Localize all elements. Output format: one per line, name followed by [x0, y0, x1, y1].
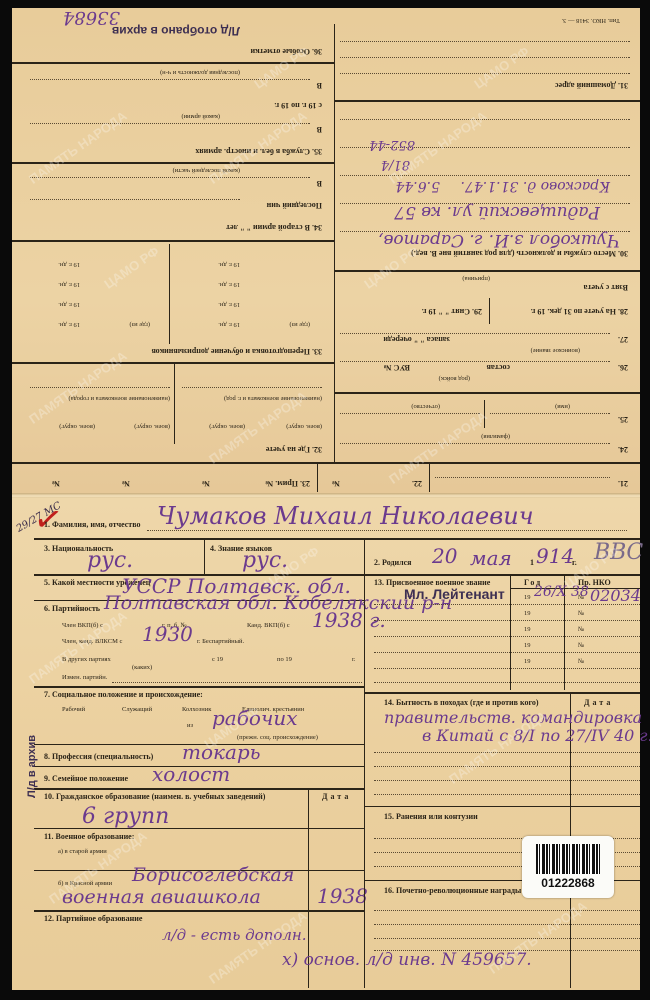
- field-29-sub: Взят с учета: [584, 283, 628, 292]
- rank-year-prefix: 19: [524, 594, 531, 601]
- inverted-form: 21. 22. № 23. Прим. № № № № 24. (фамилия…: [12, 8, 640, 494]
- field-23-label: 23. Прим. №: [265, 479, 310, 488]
- field-33-row: 19 г. дн.: [58, 261, 80, 268]
- field-26-caption: (род войск): [439, 375, 470, 382]
- print-code: Тип. НКО. 3418 — 3.: [562, 17, 620, 24]
- section-rule: [34, 686, 364, 688]
- rank-order-no: №: [578, 642, 584, 649]
- field-1-line: [147, 530, 627, 531]
- field-25-line: [340, 413, 480, 414]
- section-rule: [335, 100, 640, 102]
- birth-year-prefix: 1: [530, 558, 534, 567]
- rank-order-no: №: [578, 610, 584, 617]
- field-12-label: 12. Партийное образование: [44, 914, 142, 923]
- section-rule: [12, 62, 335, 64]
- field-3-value: рус.: [87, 548, 133, 573]
- vlksm-suffix: г. Беспартийный.: [197, 638, 244, 645]
- social-origin-from: из: [187, 722, 193, 729]
- field-27-text: запаса " " очереди: [383, 335, 450, 344]
- field-30-value: Чушкобол з.И. г. Саратов,: [378, 230, 620, 250]
- card-reverse-side: 21. 22. № 23. Прим. № № № № 24. (фамилия…: [12, 8, 640, 494]
- section-rule: [335, 392, 640, 394]
- other-parties-year: г.: [352, 656, 356, 663]
- field-28-label: 28. На учете по 31 дек. 19 г.: [531, 307, 628, 316]
- column-divider: [364, 574, 365, 988]
- field-33-row: 19 г. дн.: [218, 261, 240, 268]
- field-23-no: №: [122, 479, 130, 488]
- field-26-vus: ВУС №: [384, 363, 410, 372]
- section-rule: [12, 462, 640, 464]
- section-rule: [34, 538, 640, 540]
- field-31-line: [340, 57, 630, 58]
- field-14-value: в Китай с 8/I по 27/IV 40 г.: [422, 726, 650, 745]
- rank-year-prefix: 19: [524, 626, 531, 633]
- field-21-line: [435, 477, 610, 478]
- divider: [429, 464, 430, 492]
- field-10-value: 6 групп: [82, 804, 169, 829]
- field-30-line: [340, 175, 630, 176]
- field-31-line: [340, 73, 630, 74]
- social-option-worker: Рабочий: [62, 706, 85, 713]
- birth-note: ВВС: [594, 540, 643, 565]
- field-7-value: рабочих: [212, 706, 298, 730]
- field-30-value: 852-44: [369, 137, 415, 152]
- rank-row-line: [374, 682, 640, 683]
- field-35-caption: (какой армии): [181, 113, 220, 120]
- birth-year-suffix: г.: [572, 558, 577, 567]
- vlksm-value: 1930: [142, 622, 193, 646]
- rank-row-line: [374, 668, 640, 669]
- field-16-label: 16. Почетно-революционные награды: [384, 886, 521, 895]
- other-parties-to: по 19: [277, 656, 292, 663]
- field-34-rank: Последний чин: [267, 201, 322, 210]
- other-parties-label: В других партиях: [62, 656, 111, 663]
- social-option-kolkhoznik: Колхозник: [182, 706, 211, 713]
- section-rule: [34, 910, 364, 912]
- field-33-caption: (гдe из): [289, 321, 310, 328]
- field-30-value: 81/4: [381, 157, 410, 172]
- field-10-label: 10. Гражданское образование (наимен. в. …: [44, 792, 265, 801]
- field-35-label: 35. Служба в бел. и иностр. армиях: [195, 147, 322, 156]
- field-32-caption: (наименование военкомата и г. род): [224, 395, 322, 402]
- field-31-line: [340, 41, 630, 42]
- field-30-value: 5.6.44: [395, 178, 440, 194]
- party-changes-label: Измен. партийн.: [62, 674, 107, 681]
- field-16-line: [374, 950, 640, 951]
- field-24-caption: (фамилия): [481, 433, 510, 440]
- field-15-label: 15. Ранения или контузии: [384, 812, 478, 821]
- divider: [364, 538, 365, 574]
- rank-row-line: [374, 636, 640, 637]
- field-11-label: 11. Военное образование:: [44, 832, 134, 841]
- rank-order-no: №: [578, 594, 584, 601]
- birth-month: мая: [470, 546, 512, 570]
- archive-barcode-label: 01222868: [522, 836, 614, 898]
- section-rule: [12, 240, 335, 242]
- field-35-dates: с 19 г. по 19 г.: [274, 101, 322, 110]
- barcode-number: 01222868: [522, 876, 614, 890]
- birth-day: 20: [432, 544, 457, 568]
- rank-row-line: [374, 604, 640, 605]
- field-11b-date: 1938: [317, 884, 368, 908]
- field-6-value: Полтавская обл. Кобелякский р-н: [104, 592, 452, 614]
- field-35-caption: (последняя должность и ч-н): [160, 69, 240, 76]
- field-26-line: [340, 361, 610, 362]
- field-7-label: 7. Социальное положение и происхождение:: [44, 690, 203, 699]
- field-6-label: 6. Партийность: [44, 604, 100, 613]
- field-16-line: [374, 938, 640, 939]
- field-6-line: [112, 682, 362, 683]
- field-36-label: 36. Особые отметки: [250, 47, 322, 56]
- field-27-line: [340, 333, 610, 334]
- field-35-line: [30, 123, 310, 124]
- vkp-member-label: Член ВКП(б) с: [62, 622, 103, 629]
- field-34-line: [30, 177, 310, 178]
- field-25-line: [490, 413, 610, 414]
- field-32-caption: (воен. округ): [134, 423, 170, 430]
- divider: [204, 538, 205, 574]
- vkp-candidate-label: Канд. ВКП(б) с: [247, 622, 290, 629]
- field-32-label: 32. Где на учете: [266, 445, 322, 454]
- archive-stamp: Л/д отобрано в архив: [112, 24, 240, 38]
- field-8-value: токарь: [182, 740, 261, 764]
- field-1-value: Чумаков Михаил Николаевич: [157, 502, 534, 530]
- field-30-line: [340, 119, 630, 120]
- field-27-label: 27.: [618, 335, 628, 344]
- field-9-value: холост: [152, 762, 230, 786]
- divider: [489, 298, 490, 324]
- birth-year: 914: [536, 544, 574, 568]
- field-34-line: [30, 199, 240, 200]
- field-9-label: 9. Семейное положение: [44, 774, 128, 783]
- field-34-caption: (какой последней части): [173, 167, 240, 174]
- field-22-no: №: [332, 479, 340, 488]
- divider: [169, 244, 170, 344]
- field-8-label: 8. Профессия (специальность): [44, 752, 153, 761]
- field-33-row: 19 г. дн.: [58, 301, 80, 308]
- field-33-row: 19 г. дн.: [218, 281, 240, 288]
- field-10-date-header: Дата: [322, 792, 351, 801]
- field-23-no: №: [202, 479, 210, 488]
- field-11b-value: военная авиашкола: [62, 886, 261, 908]
- other-parties-caption: (каких): [132, 664, 152, 671]
- field-1-label: 1. Фамилия, имя, отчество: [44, 520, 140, 529]
- rank-year-prefix: 19: [524, 642, 531, 649]
- field-31-label: 31. Домашний адрес: [555, 81, 628, 90]
- field-22-label: 22.: [412, 479, 422, 488]
- field-11a-label: а) в старой армии: [58, 848, 107, 855]
- field-33-row: 19 г. дн.: [58, 281, 80, 288]
- rank-year-prefix: 19: [524, 658, 531, 665]
- field-11b-value: Борисоглебская: [132, 864, 294, 886]
- field-32-caption: (наименование военкомата и города): [69, 395, 170, 402]
- divider: [174, 364, 175, 444]
- field-33-caption: (гдe из): [129, 321, 150, 328]
- field-35-line: [30, 79, 310, 80]
- rank-year-prefix: 19: [524, 610, 531, 617]
- field-26-label: 26.: [618, 363, 628, 372]
- section-rule: [34, 828, 364, 829]
- field-33-row: 19 г. дн.: [218, 321, 240, 328]
- note-main-file-number: х) основ. л/д инв. N 459657.: [282, 950, 532, 970]
- field-24-line: [340, 443, 610, 444]
- rank-row-line: [374, 620, 640, 621]
- field-16-line: [374, 924, 640, 925]
- divider: [510, 574, 511, 690]
- field-33-row: 19 г. дн.: [218, 301, 240, 308]
- field-14-line: [374, 766, 640, 767]
- field-33-row: 19 г. дн.: [58, 321, 80, 328]
- field-2-label: 2. Родился: [374, 558, 411, 567]
- field-25-label: 25.: [618, 415, 628, 424]
- barcode-icon: [536, 844, 600, 874]
- field-14-label: 14. Бытность в походах (где и против ког…: [384, 698, 539, 707]
- field-35-in: В: [317, 125, 322, 134]
- rank-order: 02034: [590, 586, 641, 605]
- field-4-value: рус.: [242, 548, 288, 573]
- section-rule: [12, 362, 335, 364]
- rank-stamp: Мл. Лейтенант: [404, 586, 505, 602]
- field-24-label: 24.: [618, 445, 628, 454]
- field-35-in: В: [317, 81, 322, 90]
- rank-order-no: №: [578, 658, 584, 665]
- section-rule: [364, 806, 640, 807]
- field-32-caption: (воен. округ): [209, 423, 245, 430]
- field-26-text: состав: [487, 363, 510, 372]
- field-32-line: [30, 387, 170, 388]
- handwritten-number: 33684: [63, 7, 120, 28]
- field-32-caption: (воен. округ): [59, 423, 95, 430]
- divider: [317, 464, 318, 492]
- section-rule: [335, 270, 640, 272]
- rank-row-line: [374, 652, 640, 653]
- divider: [484, 400, 485, 428]
- field-25-caption: (отчество): [411, 403, 440, 410]
- field-33-label: 33. Переподготовка и обучение допризывни…: [152, 347, 322, 356]
- field-14-value: правительств. командировка: [384, 708, 642, 727]
- section-rule: [34, 788, 364, 790]
- field-32-caption: (воен. округ): [286, 423, 322, 430]
- side-archive-stamp: Л/д в архив: [26, 735, 38, 798]
- field-14-line: [374, 794, 640, 795]
- field-34-label: 34. В старой армии " " лет: [226, 223, 322, 232]
- field-30-value: Радищевский ул. кв 57: [394, 202, 600, 222]
- field-25-caption: (имя): [555, 403, 570, 410]
- vlksm-label: Член, канд. ВЛКСМ с: [62, 638, 122, 645]
- rank-order-no: №: [578, 626, 584, 633]
- column-divider: [334, 24, 335, 464]
- other-parties-from: с 19: [212, 656, 223, 663]
- field-14-line: [374, 780, 640, 781]
- field-30-value: Красково д. 31.1.47.: [461, 178, 610, 194]
- field-34-in: В: [317, 179, 322, 188]
- card-front-side: 29/27 МС ✓ 1. Фамилия, имя, отчество Чум…: [12, 498, 640, 990]
- field-23-no: №: [52, 479, 60, 488]
- social-option-employee: Служащий: [122, 706, 152, 713]
- field-30-label: 30. Место службы и должность (для род за…: [411, 249, 628, 258]
- field-29-caption: (причина): [462, 275, 490, 282]
- field-21-label: 21.: [618, 479, 628, 488]
- section-rule: [364, 692, 640, 694]
- note-additional-file: л/д - есть дополн.: [162, 926, 307, 944]
- field-27-caption: (воинское звание): [531, 347, 580, 354]
- section-rule: [12, 162, 335, 164]
- field-16-line: [374, 910, 640, 911]
- field-29-label: 29. Снят " " 19 г.: [422, 307, 482, 316]
- field-14-date-header: Дата: [584, 698, 613, 707]
- field-32-line: [182, 387, 322, 388]
- field-14-line: [374, 752, 640, 753]
